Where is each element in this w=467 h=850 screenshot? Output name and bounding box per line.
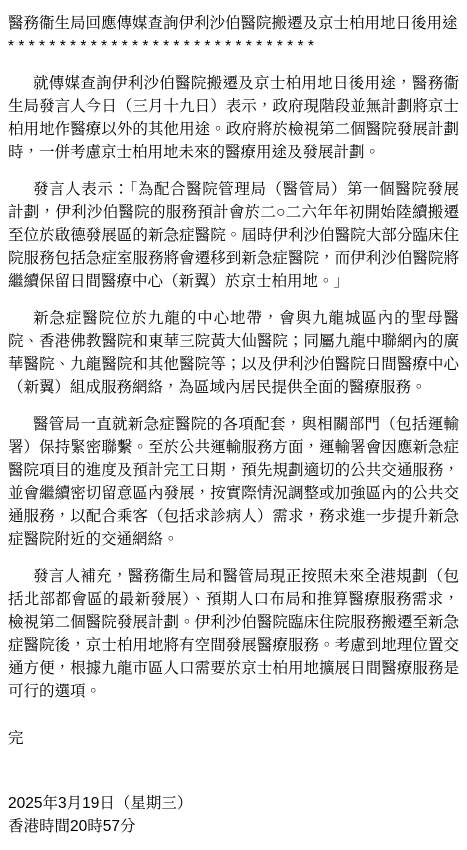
release-time: 香港時間20時57分 [8,815,459,838]
release-datetime: 2025年3月19日（星期三） 香港時間20時57分 [8,792,459,838]
end-mark: 完 [8,727,459,750]
body-paragraph-1: 就傳媒查詢伊利沙伯醫院搬遷及京士柏用地日後用途，醫務衞生局發言人今日（三月十九日… [8,72,459,164]
release-date: 2025年3月19日（星期三） [8,792,459,815]
body-paragraph-4: 醫管局一直就新急症醫院的各項配套，與相關部門（包括運輸署）保持緊密聯繫。至於公共… [8,413,459,551]
body-paragraph-3: 新急症醫院位於九龍的中心地帶，會與九龍城區內的聖母醫院、香港佛教醫院和東華三院黃… [8,307,459,399]
asterisk-separator: * * * * * * * * * * * * * * * * * * * * … [8,35,459,58]
body-paragraph-2: 發言人表示：「為配合醫院管理局（醫管局）第一個醫院發展計劃，伊利沙伯醫院的服務預… [8,178,459,293]
body-paragraph-5: 發言人補充，醫務衞生局和醫管局現正按照未來全港規劃（包括北部都會區的最新發展）、… [8,565,459,703]
press-release-page: 醫務衞生局回應傳媒查詢伊利沙伯醫院搬遷及京士柏用地日後用途 * * * * * … [0,0,467,850]
page-title: 醫務衞生局回應傳媒查詢伊利沙伯醫院搬遷及京士柏用地日後用途 [8,12,459,35]
